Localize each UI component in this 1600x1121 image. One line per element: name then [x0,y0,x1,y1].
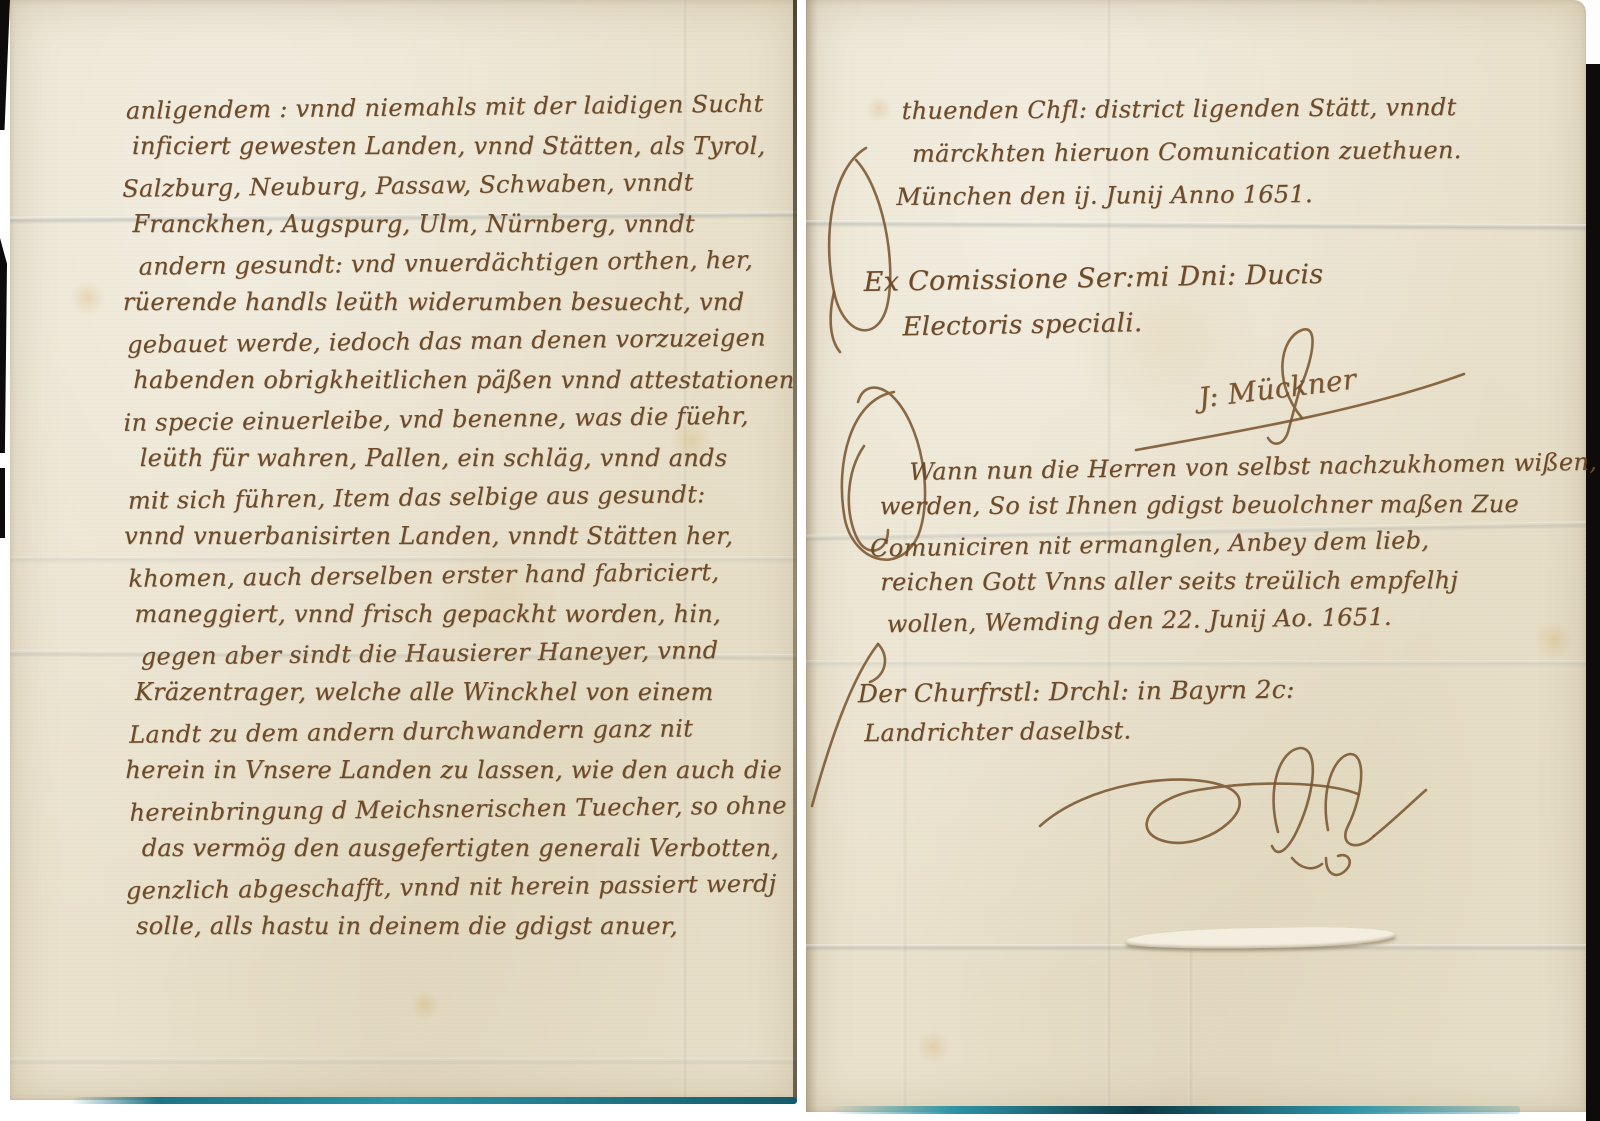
handwritten-line: Salzburg, Neuburg, Passaw, Schwaben, vnn… [122,162,794,209]
handwritten-line: Landt zu dem andern durchwandern ganz ni… [129,708,797,755]
date-line: München den ij. Junij Anno 1651. [896,172,1462,219]
handwritten-line: Comuniciren nit ermanglen, Anbey dem lie… [870,519,1598,568]
handwritten-line: khomen, auch derselben erster hand fabri… [128,552,796,599]
letter-page-right: thuenden Chfl: district ligenden Stätt, … [806,0,1586,1112]
paper-stain [70,280,106,316]
scan-edge-black [0,0,10,130]
handwritten-line: inficiert gewesten Landen, vnnd Stätten,… [132,127,793,166]
handwritten-line: vnnd vnuerbanisirten Landen, vnndt Stätt… [124,517,795,556]
signature-flourish-illegible [1026,738,1446,898]
handwritten-line: mit sich führen, Item das selbige aus ge… [128,474,796,521]
handwritten-line: leüth für wahren, Pallen, ein schläg, vn… [140,439,795,478]
handwritten-line: reichen Gott Vnns aller seits treülich e… [880,561,1598,602]
paper-tear [1126,926,1396,951]
handwritten-line: genzlich abgeschafft, vnnd nit herein pa… [126,864,798,911]
handwritten-line: Kräzentrager, welche alle Winckhel von e… [135,673,796,712]
handwritten-line: hereinbringung d Meichsnerischen Tuecher… [129,786,797,833]
body-block: Wann nun die Herren von selbst nachzukho… [873,445,1598,641]
handwritten-line: andern gesundt: vnd vnuerdächtigen orthe… [138,240,794,286]
scan-edge-black [0,238,7,453]
fold-crease [1188,930,1194,1112]
handwritten-line: werden, So ist Ihnen gdigst beuolchner m… [880,485,1598,526]
handwritten-line: in specie einuerleibe, vnd benenne, was … [123,396,795,443]
fold-crease [10,1058,797,1065]
handwritten-line: Ex Comissione Ser:mi Dni: Ducis [863,252,1324,306]
paper-stain [916,1030,950,1064]
scanned-letter: anligendem : vnnd niemahls mit der laidi… [0,0,1600,1121]
handwritten-line: Der Churfrstl: Drchl: in Bayrn 2c: [858,670,1295,715]
date-line: wollen, Wemding den 22. Junij Ao. 1651. [886,595,1598,644]
scan-edge-white [1586,0,1600,64]
handwritten-line: Wann nun die Herren von selbst nachzukho… [909,443,1597,491]
left-page-text: anligendem : vnnd niemahls mit der laidi… [126,86,798,947]
paper-stain [410,990,440,1020]
handwritten-line: solle, alls hastu in deinem die gdigst a… [136,907,797,946]
handwritten-line: maneggiert, vnnd frisch gepackht worden,… [135,595,796,634]
handwritten-line: habenden obrigkheitlichen päßen vnnd att… [133,361,794,400]
scan-edge-black [0,468,5,538]
handwritten-line: rüerende handls leüth widerumben besuech… [123,283,794,322]
handwritten-line: herein in Vnsere Landen zu lassen, wie d… [125,751,796,790]
paper-stain [866,96,892,122]
handwritten-line: anligendem : vnnd niemahls mit der laidi… [126,84,794,131]
page-bottom-edge [70,1097,797,1104]
page-bottom-edge [830,1106,1520,1114]
fold-crease [806,220,1586,231]
handwritten-line: Franckhen, Augspurg, Ulm, Nürnberg, vnnd… [132,205,793,244]
letter-page-left: anligendem : vnnd niemahls mit der laidi… [10,0,797,1100]
handwritten-line: das vermög den ausgefertigten generali V… [142,829,797,868]
handwritten-line: thuenden Chfl: district ligenden Stätt, … [902,86,1462,133]
fold-crease [806,660,1586,667]
handwritten-line: märckhten hieruon Comunication zuethuen. [912,129,1462,176]
handwritten-line: gebauet werde, iedoch das man denen vorz… [127,318,795,365]
handwritten-line: gegen aber sindt die Hausierer Haneyer, … [141,630,797,676]
opening-block: thuenden Chfl: district ligenden Stätt, … [902,86,1463,219]
